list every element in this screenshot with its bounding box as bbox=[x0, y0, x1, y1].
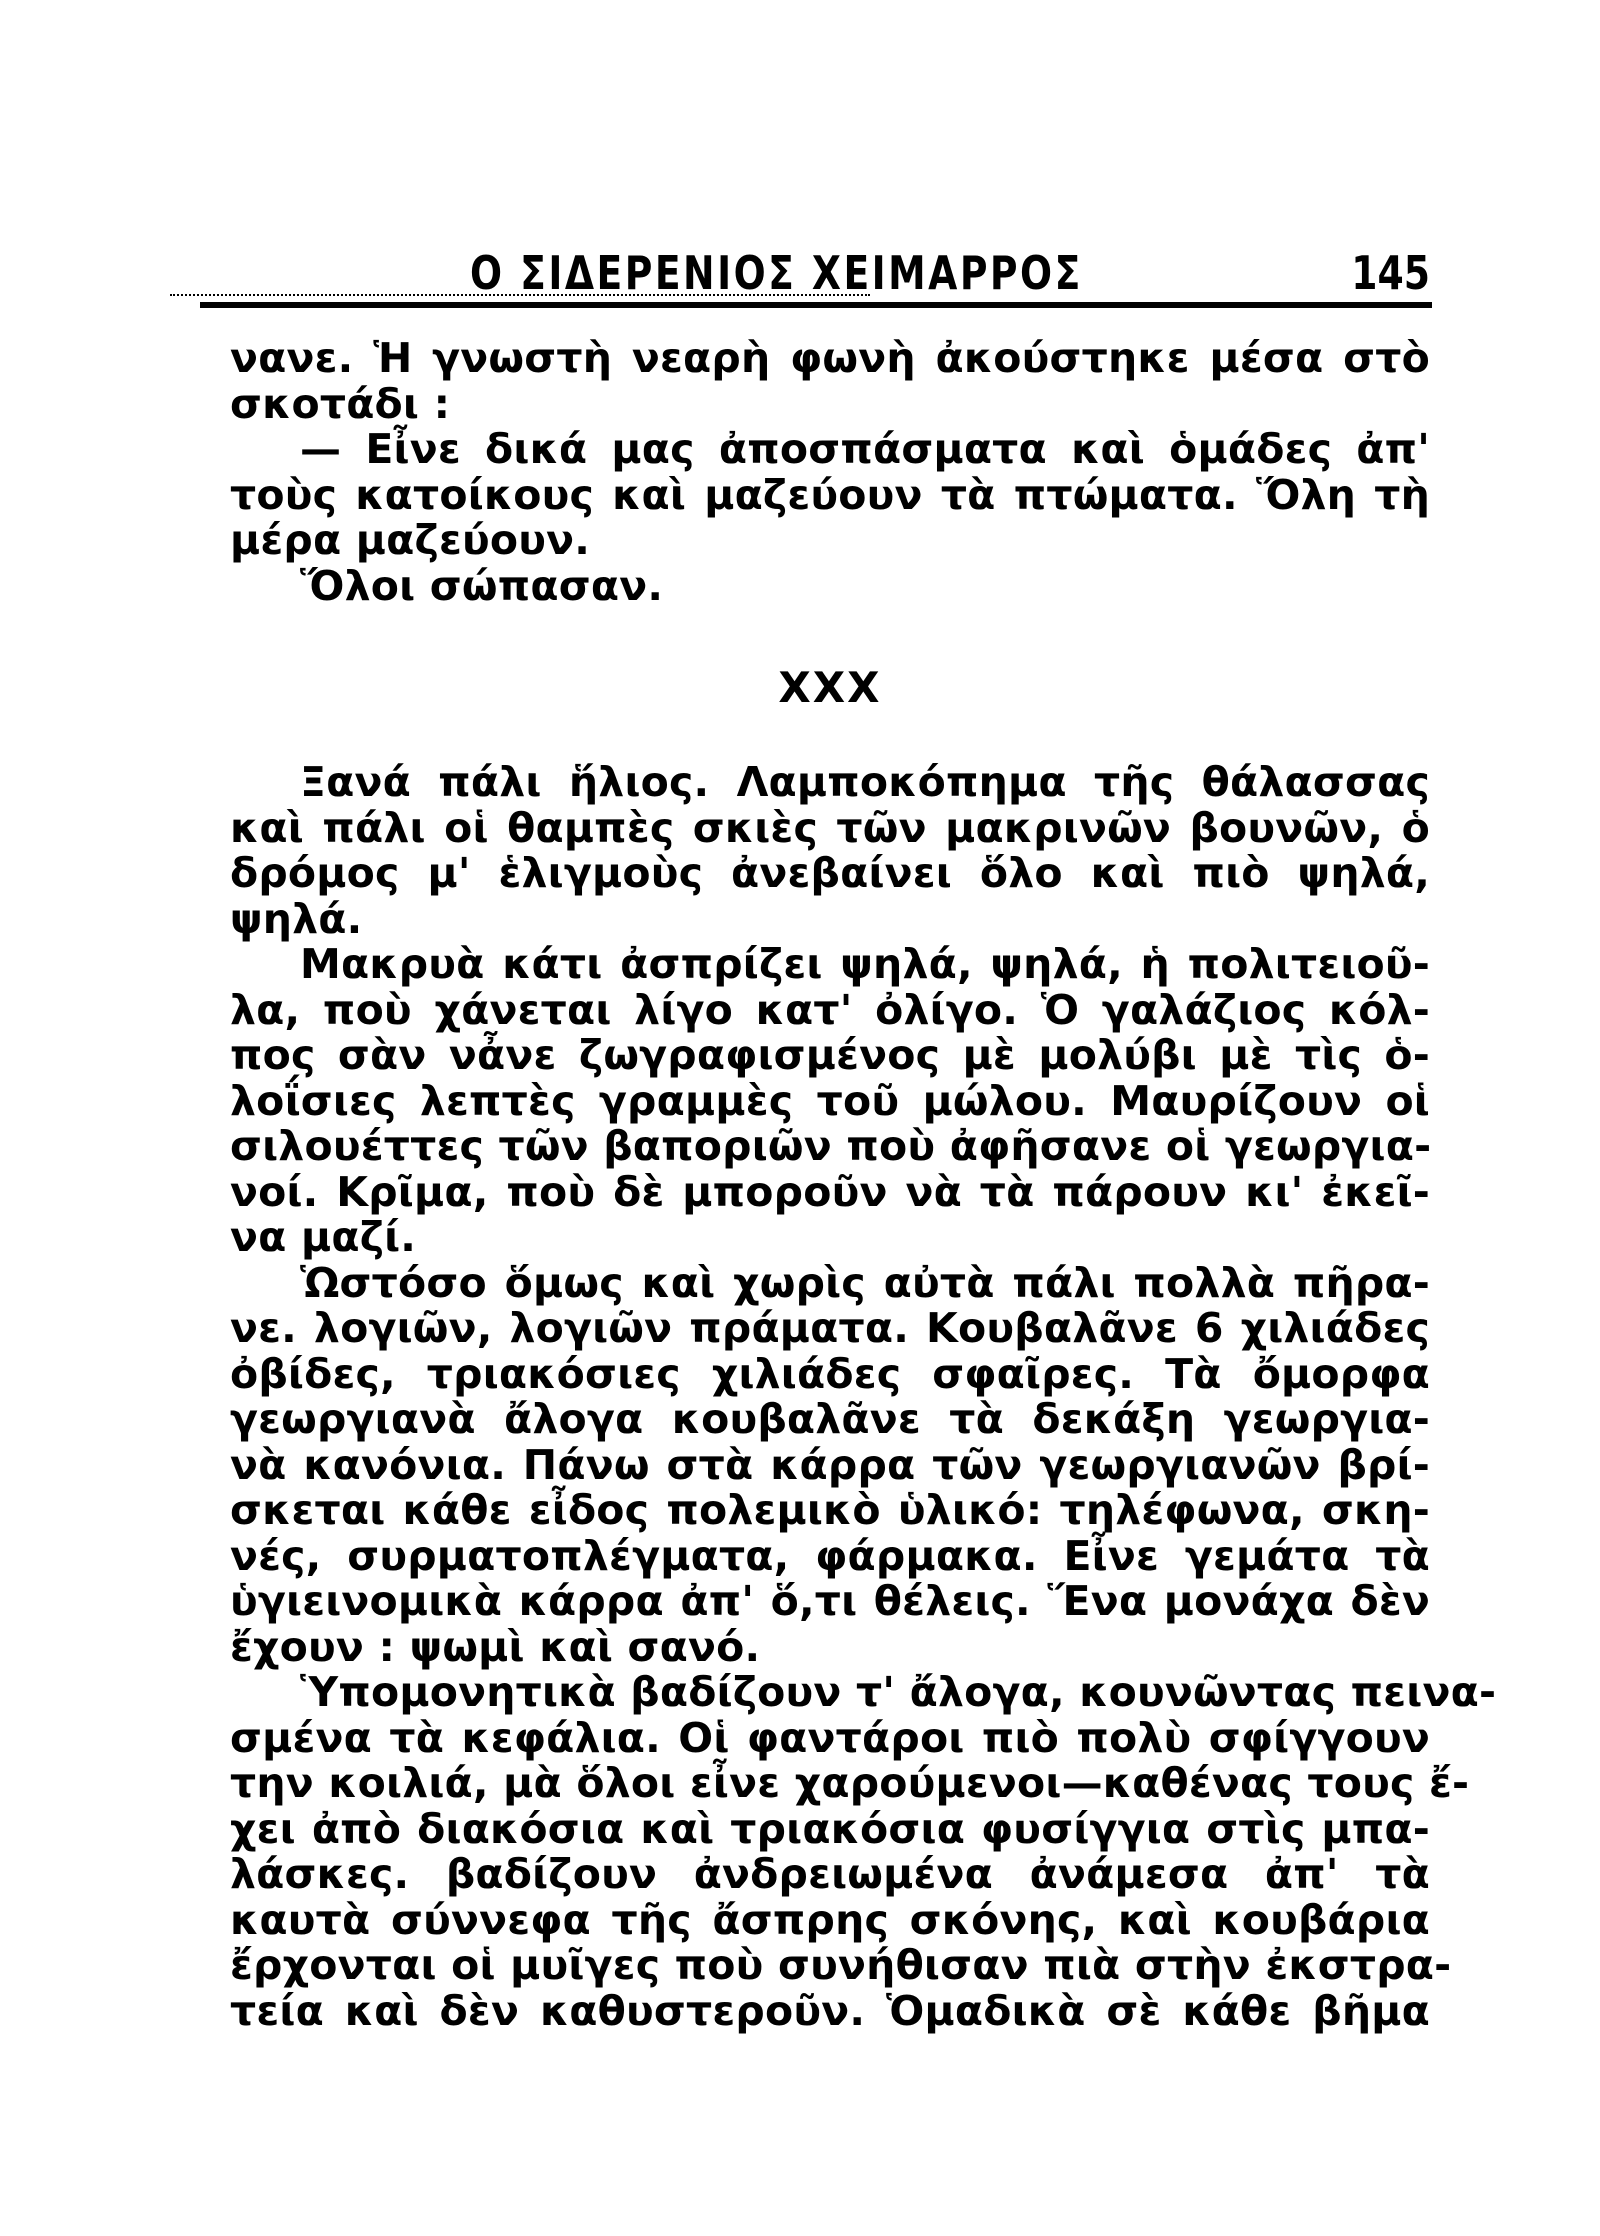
text-line: πος σὰν νἆνε ζωγραφισμένος μὲ μολύβι μὲ … bbox=[230, 1033, 1430, 1079]
text-line: Ξανά πάλι ἥλιος. Λαμποκόπημα τῆς θάλασσα… bbox=[230, 760, 1430, 806]
text-line: σιλουέττες τῶν βαποριῶν ποὺ ἀφῆσανε οἱ γ… bbox=[230, 1124, 1430, 1170]
text-line: καυτὰ σύννεφα τῆς ἄσπρης σκόνης, καὶ κου… bbox=[230, 1898, 1430, 1944]
text-line: τεία καὶ δὲν καθυστεροῦν. Ὁμαδικὰ σὲ κάθ… bbox=[230, 1989, 1430, 2035]
text-line: ψηλά. bbox=[230, 897, 1430, 943]
text-line: να μαζί. bbox=[230, 1215, 1430, 1261]
text-line: ἔχουν : ψωμὶ καὶ σανό. bbox=[230, 1625, 1430, 1671]
text-line: μέρα μαζεύουν. bbox=[230, 518, 1430, 564]
header-rule-dotted bbox=[170, 294, 870, 296]
body-text: νανε. Ἡ γνωστὴ νεαρὴ φωνὴ ἀκούστηκε μέσα… bbox=[230, 336, 1430, 2034]
text-line: σκεται κάθε εἶδος πολεμικὸ ὑλικό: τηλέφω… bbox=[230, 1488, 1430, 1534]
text-line: νοί. Κρῖμα, ποὺ δὲ μποροῦν νὰ τὰ πάρουν … bbox=[230, 1170, 1430, 1216]
text-line: λα, ποὺ χάνεται λίγο κατ' ὀλίγο. Ὁ γαλάζ… bbox=[230, 988, 1430, 1034]
text-line: νές, συρματοπλέγματα, φάρμακα. Εἶνε γεμά… bbox=[230, 1534, 1430, 1580]
running-head: Ο ΣΙΔΕΡΕΝΙΟΣ ΧΕΙΜΑΡΡΟΣ 145 bbox=[230, 240, 1430, 304]
text-line: λοΐσιες λεπτὲς γραμμὲς τοῦ μώλου. Μαυρίζ… bbox=[230, 1079, 1430, 1125]
text-line: Ὅλοι σώπασαν. bbox=[230, 564, 1430, 610]
paragraph: Ὑπομονητικὰ βαδίζουν τ' ἄλογα, κουνῶντας… bbox=[230, 1670, 1430, 2034]
text-line: σμένα τὰ κεφάλια. Οἱ φαντάροι πιὸ πολὺ σ… bbox=[230, 1716, 1430, 1762]
text-line: Ὡστόσο ὅμως καὶ χωρὶς αὐτὰ πάλι πολλὰ πῆ… bbox=[230, 1261, 1430, 1307]
book-page: Ο ΣΙΔΕΡΕΝΙΟΣ ΧΕΙΜΑΡΡΟΣ 145 νανε. Ἡ γνωστ… bbox=[230, 240, 1430, 2034]
text-line: — Εἶνε δικά μας ἀποσπάσματα καὶ ὁμάδες ἀ… bbox=[230, 427, 1430, 473]
header-rule bbox=[200, 302, 1432, 308]
page-number: 145 bbox=[1351, 246, 1430, 300]
text-line: δρόμος μ' ἑλιγμοὺς ἀνεβαίνει ὅλο καὶ πιὸ… bbox=[230, 851, 1430, 897]
section-1: νανε. Ἡ γνωστὴ νεαρὴ φωνὴ ἀκούστηκε μέσα… bbox=[230, 336, 1430, 609]
running-title: Ο ΣΙΔΕΡΕΝΙΟΣ ΧΕΙΜΑΡΡΟΣ bbox=[470, 246, 1083, 300]
text-line: ἔρχονται οἱ μυῖγες ποὺ συνήθισαν πιὰ στὴ… bbox=[230, 1943, 1430, 1989]
text-line: σκοτάδι : bbox=[230, 382, 1430, 428]
paragraph: Ξανά πάλι ἥλιος. Λαμποκόπημα τῆς θάλασσα… bbox=[230, 760, 1430, 942]
text-line: νὰ κανόνια. Πάνω στὰ κάρρα τῶν γεωργιανῶ… bbox=[230, 1443, 1430, 1489]
paragraph: Μακρυὰ κάτι ἀσπρίζει ψηλά, ψηλά, ἡ πολιτ… bbox=[230, 942, 1430, 1261]
text-line: καὶ πάλι οἱ θαμπὲς σκιὲς τῶν μακρινῶν βο… bbox=[230, 806, 1430, 852]
text-line: λάσκες. βαδίζουν ἀνδρειωμένα ἀνάμεσα ἀπ'… bbox=[230, 1852, 1430, 1898]
text-line: χει ἀπὸ διακόσια καὶ τριακόσια φυσίγγια … bbox=[230, 1807, 1430, 1853]
paragraph: Ὡστόσο ὅμως καὶ χωρὶς αὐτὰ πάλι πολλὰ πῆ… bbox=[230, 1261, 1430, 1671]
text-line: τοὺς κατοίκους καὶ μαζεύουν τὰ πτώματα. … bbox=[230, 473, 1430, 519]
text-line: νε. λογιῶν, λογιῶν πράματα. Κουβαλᾶνε 6 … bbox=[230, 1306, 1430, 1352]
text-line: Μακρυὰ κάτι ἀσπρίζει ψηλά, ψηλά, ἡ πολιτ… bbox=[230, 942, 1430, 988]
text-line: ὀβίδες, τριακόσιες χιλιάδες σφαῖρες. Τὰ … bbox=[230, 1352, 1430, 1398]
text-line: Ὑπομονητικὰ βαδίζουν τ' ἄλογα, κουνῶντας… bbox=[230, 1670, 1430, 1716]
text-line: την κοιλιά, μὰ ὅλοι εἶνε χαρούμενοι—καθέ… bbox=[230, 1761, 1430, 1807]
text-line: γεωργιανὰ ἄλογα κουβαλᾶνε τὰ δεκάξη γεωρ… bbox=[230, 1397, 1430, 1443]
text-line: ὑγιεινομικὰ κάρρα ἀπ' ὅ,τι θέλεις. Ἕνα μ… bbox=[230, 1579, 1430, 1625]
text-line: νανε. Ἡ γνωστὴ νεαρὴ φωνὴ ἀκούστηκε μέσα… bbox=[230, 336, 1430, 382]
chapter-heading: XXX bbox=[230, 665, 1430, 710]
